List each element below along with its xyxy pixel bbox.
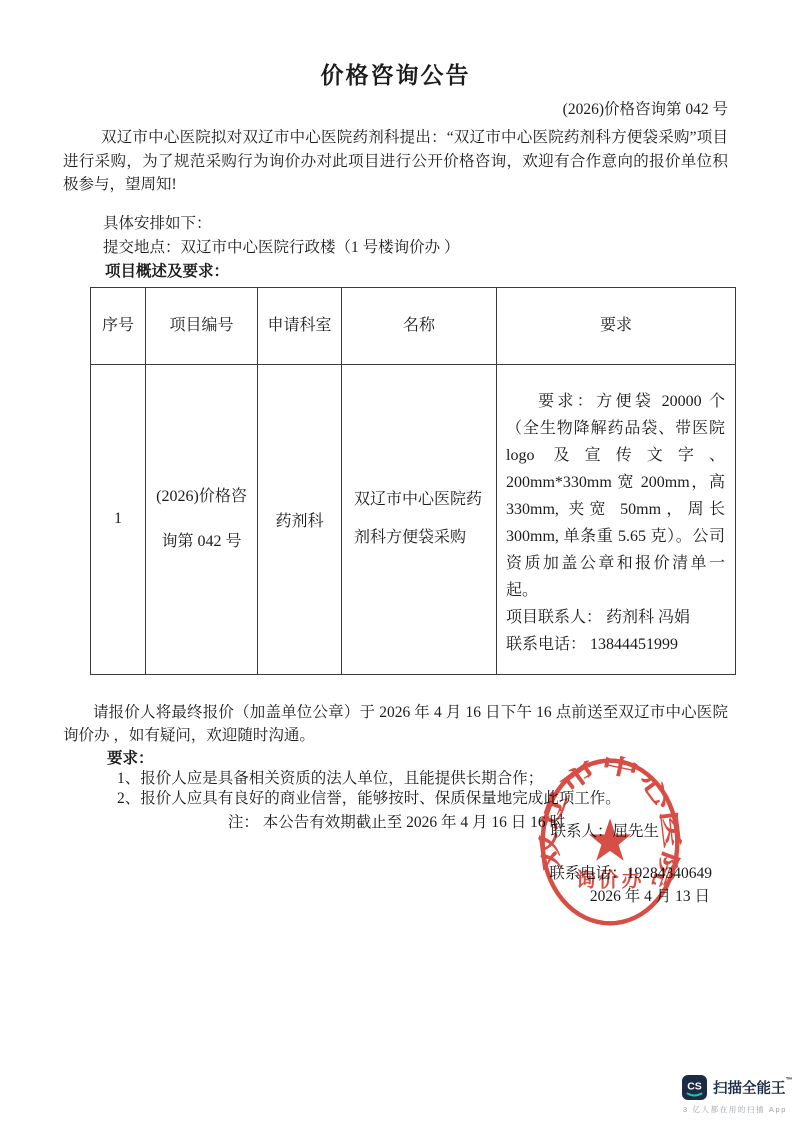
requirement-phone: 联系电话： 13844451999 [506,631,725,658]
scanner-app-icon: CS [682,1075,707,1100]
table-row: 1 (2026)价格咨询第 042 号 药剂科 双辽市中心医院药剂科方便袋采购 … [91,364,736,674]
contact-phone: 联系电话：19284340649 [549,861,712,883]
submit-location: 提交地点：双辽市中心医院行政楼（1 号楼询价办 ） [63,236,728,259]
final-notice-paragraph: 请报价人将最终报价（加盖单位公章）于 2026 年 4 月 16 日下午 16 … [63,701,728,748]
requirement-item-2: 2、报价人应具有良好的商业信誉，能够按时、保质保量地完成此项工作。 [63,789,728,810]
scanner-tagline: 3 亿人都在用的扫描 App [682,1104,788,1115]
scanner-watermark: CS 扫描全能王™ 3 亿人都在用的扫描 App [682,1075,788,1115]
intro-paragraph: 双辽市中心医院拟对双辽市中心医院药剂科提出：“双辽市中心医院药剂科方便袋采购”项… [63,126,728,197]
trademark-symbol: ™ [786,1077,793,1084]
cell-seq: 1 [91,364,146,674]
cell-project-no: (2026)价格咨询第 042 号 [146,364,258,674]
header-department: 申请科室 [258,287,342,364]
header-name: 名称 [342,287,497,364]
scanned-document-page: 价格咨询公告 (2026)价格咨询第 042 号 双辽市中心医院拟对双辽市中心医… [0,0,793,1123]
table-header-row: 序号 项目编号 申请科室 名称 要求 [91,287,736,364]
requirements-heading: 要求： [63,748,728,769]
arrangement-heading: 具体安排如下： [63,212,728,235]
requirement-item-1: 1、报价人应是具备相关资质的法人单位，且能提供长期合作； [63,769,728,790]
cell-name: 双辽市中心医院药剂科方便袋采购 [342,364,497,674]
validity-note: 注： 本公告有效期截止至 2026 年 4 月 16 日 16 时 [0,810,793,832]
document-content: 价格咨询公告 (2026)价格咨询第 042 号 双辽市中心医院拟对双辽市中心医… [0,0,793,810]
project-table: 序号 项目编号 申请科室 名称 要求 1 (2026)价格咨询第 042 号 药… [90,287,736,675]
overview-heading: 项目概述及要求： [63,260,728,283]
document-date: 2026 年 4 月 13 日 [590,884,710,906]
header-seq: 序号 [91,287,146,364]
contact-person: 联系人：屈先生 [550,819,659,841]
page-title: 价格咨询公告 [63,62,728,90]
cell-requirement: 要求：方便袋 20000 个（全生物降解药品袋、带医院 logo 及宣传文字、2… [497,364,736,674]
header-requirement: 要求 [497,287,736,364]
requirement-contact: 项目联系人： 药剂科 冯娟 [506,604,725,631]
requirement-main-text: 要求：方便袋 20000 个（全生物降解药品袋、带医院 logo 及宣传文字、2… [506,388,725,604]
header-project-no: 项目编号 [146,287,258,364]
cell-department: 药剂科 [258,364,342,674]
scanner-app-name: 扫描全能王™ [713,1077,793,1098]
svg-text:CS: CS [687,1081,702,1093]
document-number: (2026)价格咨询第 042 号 [63,99,728,121]
